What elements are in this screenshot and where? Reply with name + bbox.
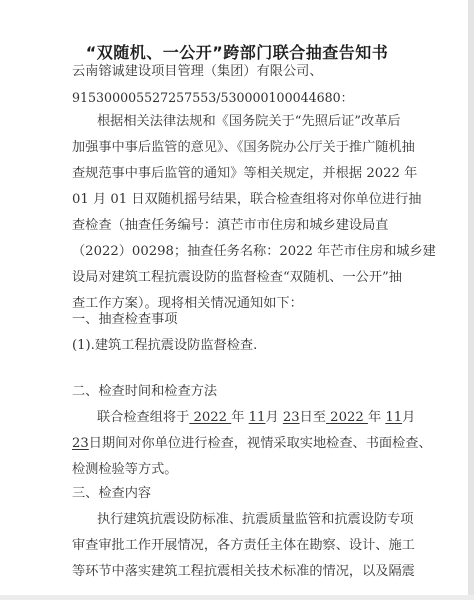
- intro-line: 设局对建筑工程抗震设防的监督检查“双随机、一公开”抽: [72, 270, 402, 286]
- section3-line: 执行建筑抗震设防标准、抗震质量监管和抗震设防专项: [97, 512, 414, 528]
- year-label: 年: [231, 410, 244, 425]
- document-title: “双随机、一公开”跨部门联合抽查告知书: [0, 40, 474, 63]
- section1-heading: 一、抽查检查事项: [72, 312, 178, 328]
- inspection-method-line: 检测检验等方式。: [72, 462, 178, 478]
- inspection-period-line: 联合检查组将于 2022 年 11月 23日至 2022 年 11月: [97, 410, 415, 426]
- recipient-code: 915300005527257553/530000100044680：: [72, 90, 353, 106]
- intro-line: 01 月 01 日双随机摇号结果，联合检查组将对你单位进行抽: [72, 192, 421, 208]
- end-day: 23: [72, 436, 89, 451]
- end-year: 2022: [326, 410, 368, 425]
- end-month: 11: [385, 410, 402, 425]
- recipient-company: 云南镕诚建设项目管理（集团）有限公司、: [72, 64, 323, 80]
- intro-line: 加强事中事后监管的意见》、《国务院办公厅关于推广随机抽: [72, 140, 415, 156]
- start-month: 11: [249, 410, 266, 425]
- section1-item: (1).建筑工程抗震设防监督检查.: [72, 338, 257, 354]
- section3-line: 审查审批工作开展情况，各方责任主体在勘察、设计、施工: [72, 538, 415, 554]
- period-suffix: 日期间对你单位进行检查，视情采取实地检查、书面检查、: [89, 436, 432, 451]
- start-day: 23: [283, 410, 300, 425]
- viewer-scroll-edge: [468, 0, 474, 600]
- month-label: 月: [402, 410, 415, 425]
- page-bottom-edge: [0, 595, 474, 600]
- intro-line: 查检查（抽查任务编号：滇芒市市住房和城乡建设局直: [72, 218, 389, 234]
- section2-heading: 二、检查时间和检查方法: [72, 384, 217, 400]
- intro-line: （2022）00298；抽查任务名称：2022 年芒市住房和城乡建: [72, 244, 436, 260]
- intro-line: 查工作方案）。现将相关情况通知如下：: [72, 296, 303, 312]
- year-label: 年: [368, 410, 381, 425]
- inspection-period-line: 23日期间对你单位进行检查，视情采取实地检查、书面检查、: [72, 436, 432, 452]
- month-label: 月: [265, 410, 278, 425]
- start-year: 2022: [189, 410, 231, 425]
- section3-line: 等环节中落实建筑工程抗震相关技术标准的情况，以及隔震: [72, 564, 415, 580]
- document-page: “双随机、一公开”跨部门联合抽查告知书 云南镕诚建设项目管理（集团）有限公司、 …: [0, 0, 469, 595]
- day-to-label: 日至: [300, 410, 326, 425]
- intro-line: 查规范事中事后监管的通知》等相关规定，并根据 2022 年: [72, 166, 417, 182]
- period-prefix: 联合检查组将于: [97, 410, 189, 425]
- intro-line: 根据相关法律法规和《国务院关于“先照后证”改革后: [97, 114, 401, 130]
- section3-heading: 三、检查内容: [72, 486, 151, 502]
